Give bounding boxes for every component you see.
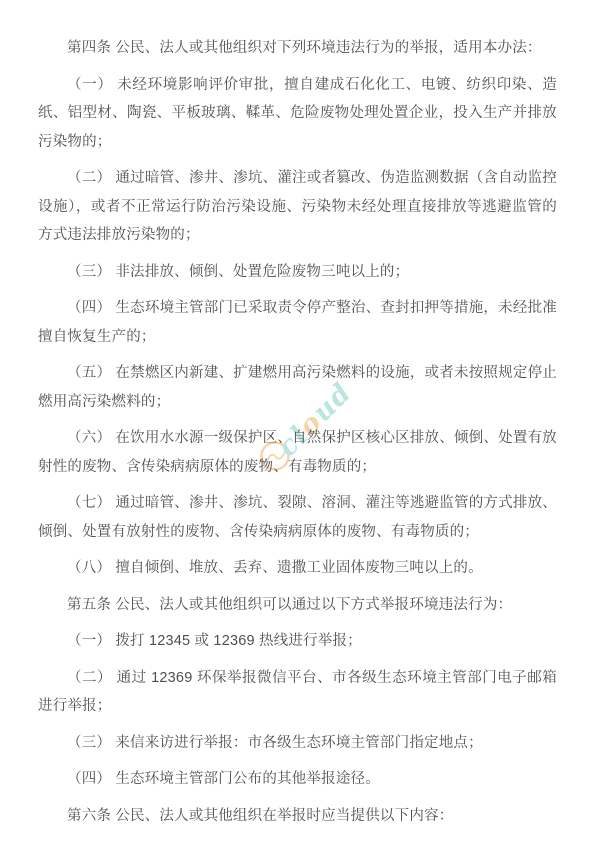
paragraph: （一） 未经环境影响评价审批，擅自建成石化化工、电镀、纺织印染、造纸、铝型材、陶… xyxy=(38,71,557,157)
paragraph: （四） 生态环境主管部门已采取责令停产整治、查封扣押等措施，未经批准擅自恢复生产… xyxy=(38,294,557,351)
paragraph: （一） 拨打 12345 或 12369 热线进行举报； xyxy=(38,627,557,656)
paragraph: （七） 通过暗管、渗井、渗坑、裂隙、溶洞、灌注等逃避监管的方式排放、倾倒、处置有… xyxy=(38,489,557,546)
paragraph: 第五条 公民、法人或其他组织可以通过以下方式举报环境违法行为： xyxy=(38,591,557,620)
paragraph: 第六条 公民、法人或其他组织在举报时应当提供以下内容： xyxy=(38,802,557,831)
document-page: cloud 第四条 公民、法人或其他组织对下列环境违法行为的举报，适用本办法： … xyxy=(0,0,595,841)
paragraph: （三） 来信来访进行举报：市各级生态环境主管部门指定地点； xyxy=(38,729,557,758)
paragraph: （八） 擅自倾倒、堆放、丢弃、遗撒工业固体废物三吨以上的。 xyxy=(38,554,557,583)
paragraph: （二） 通过暗管、渗井、渗坑、灌注或者篡改、伪造监测数据（含自动监控设施），或者… xyxy=(38,164,557,250)
paragraph: （五） 在禁燃区内新建、扩建燃用高污染燃料的设施，或者未按照规定停止燃用高污染燃… xyxy=(38,359,557,416)
paragraph: 第四条 公民、法人或其他组织对下列环境违法行为的举报，适用本办法： xyxy=(38,34,557,63)
document-body: 第四条 公民、法人或其他组织对下列环境违法行为的举报，适用本办法： （一） 未经… xyxy=(0,0,595,830)
paragraph: （四） 生态环境主管部门公布的其他举报途径。 xyxy=(38,765,557,794)
paragraph: （六） 在饮用水水源一级保护区、自然保护区核心区排放、倾倒、处置有放射性的废物、… xyxy=(38,424,557,481)
paragraph: （三） 非法排放、倾倒、处置危险废物三吨以上的； xyxy=(38,258,557,287)
paragraph: （二） 通过 12369 环保举报微信平台、市各级生态环境主管部门电子邮箱进行举… xyxy=(38,664,557,721)
